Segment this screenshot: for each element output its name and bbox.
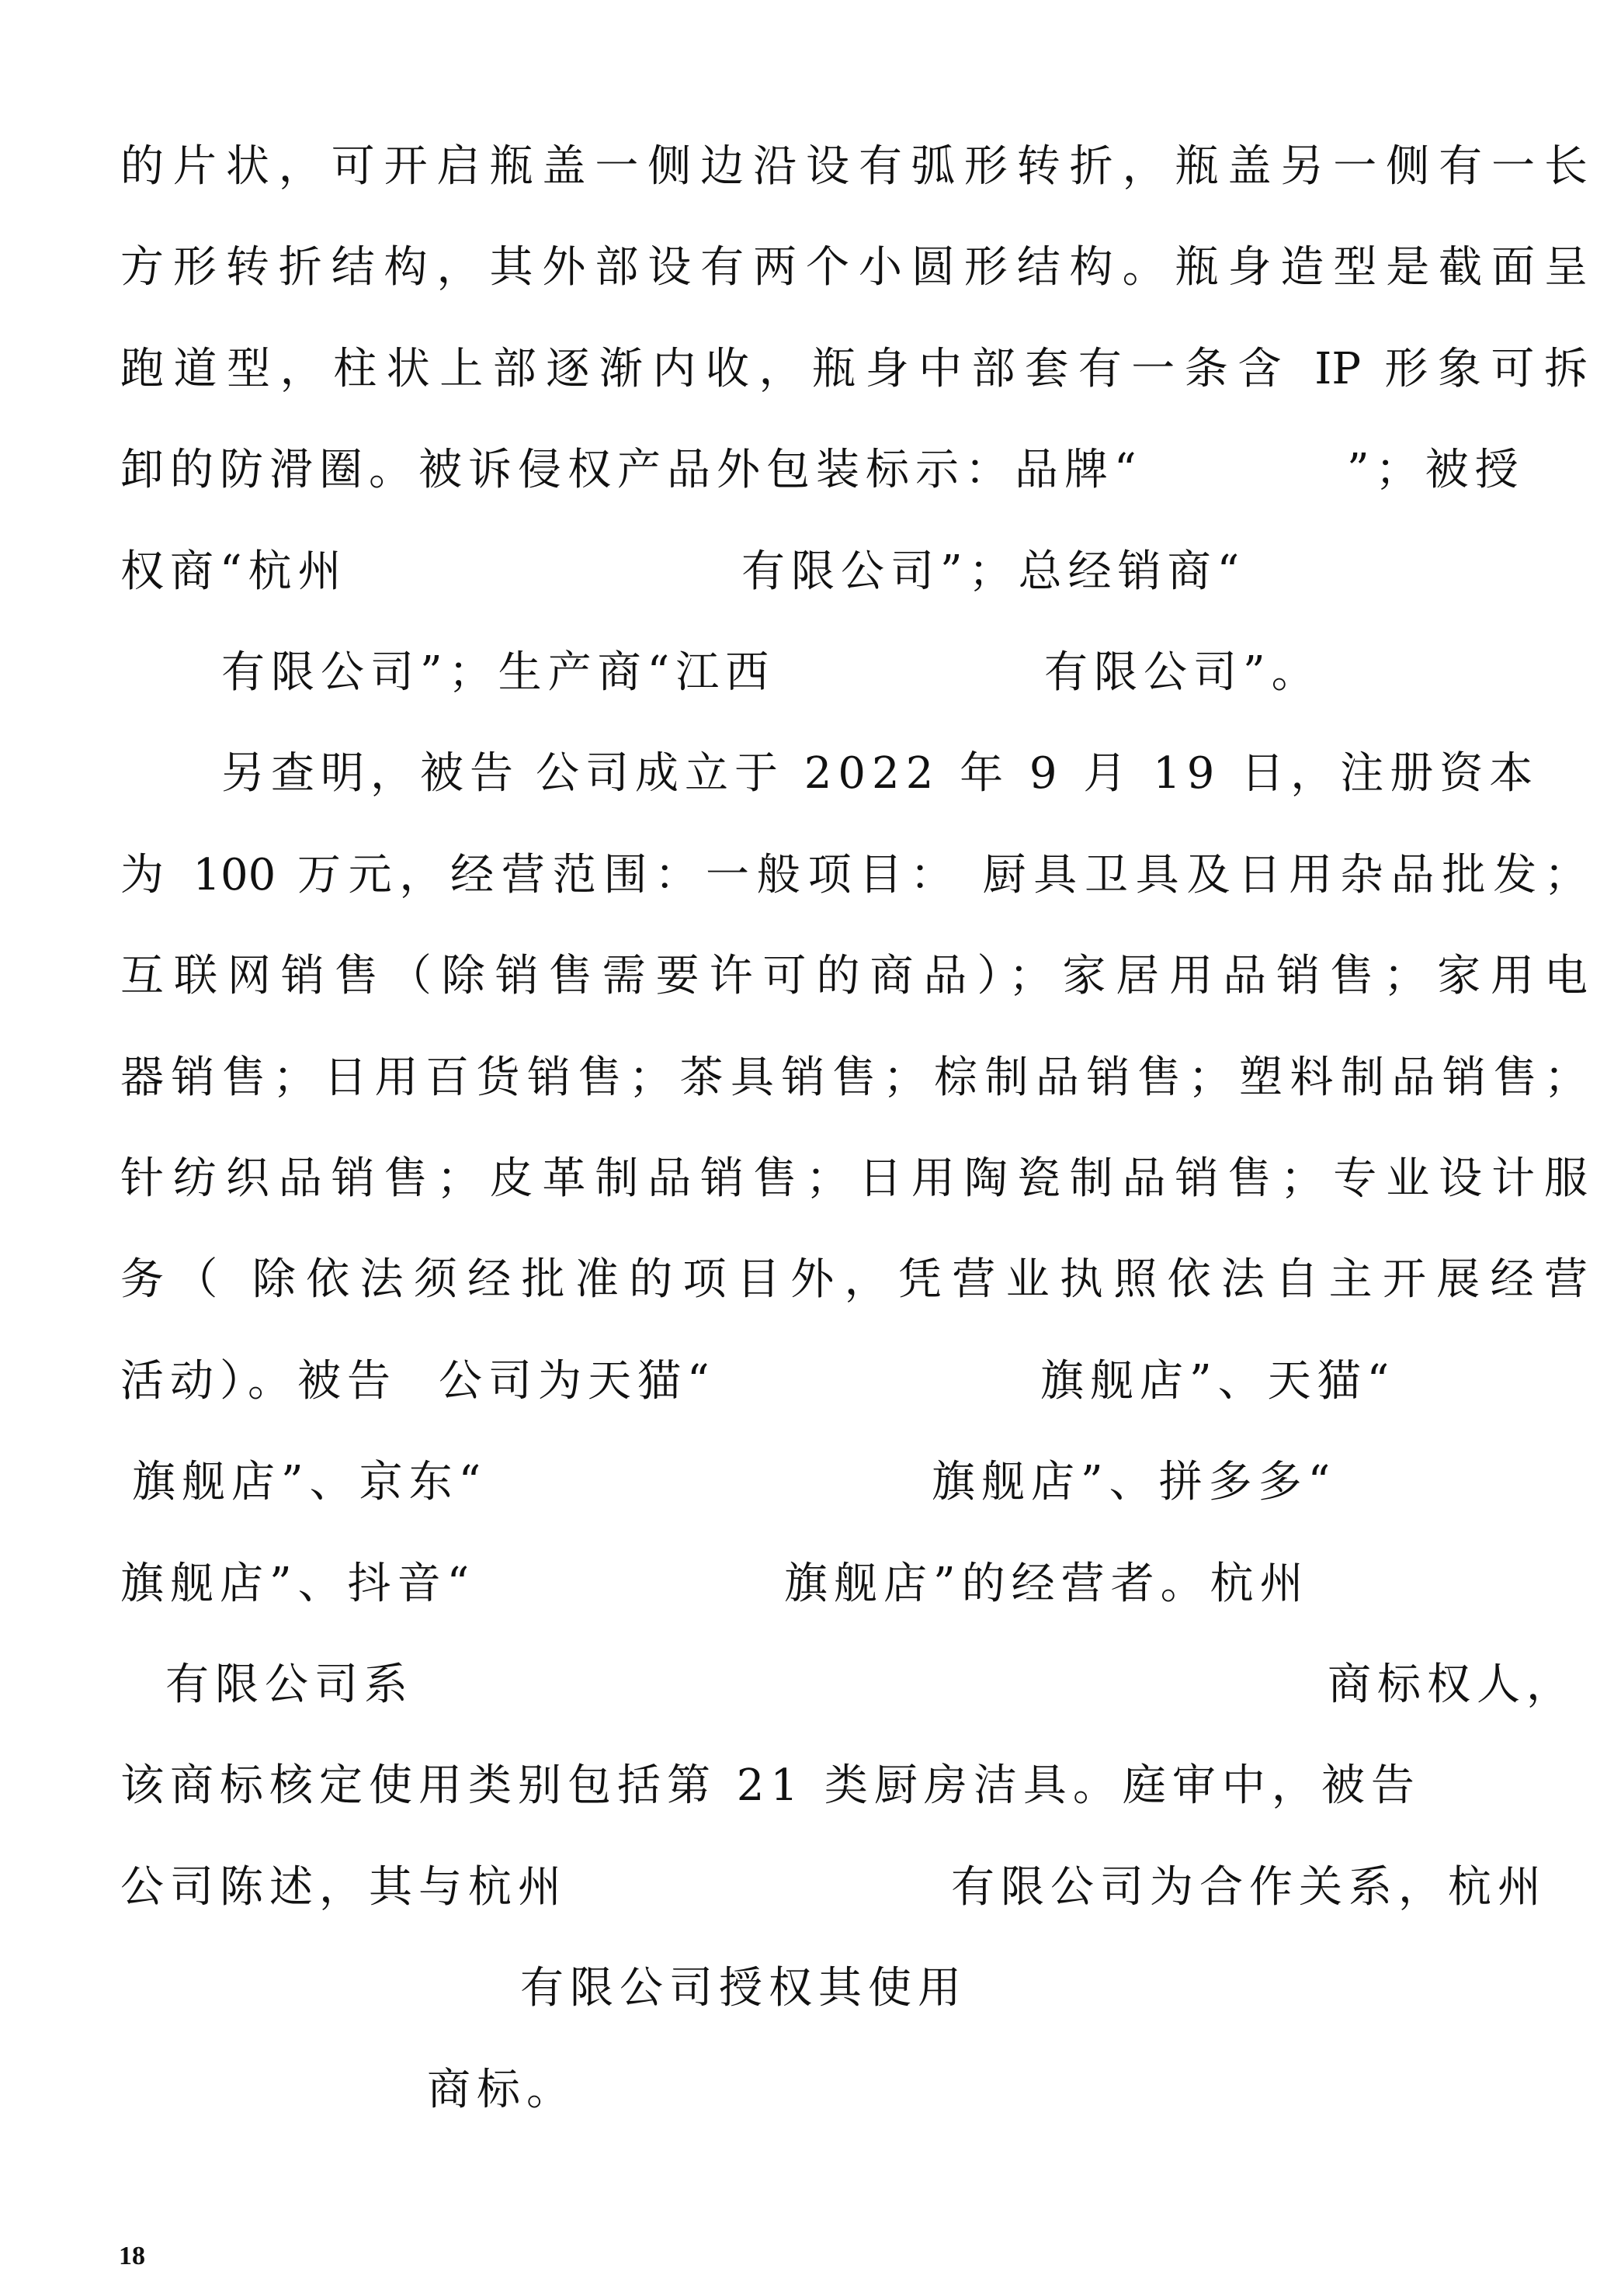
text-segment: 有限公司授权其使用 <box>520 1958 967 2020</box>
text-segment: 互联网销售（除销售需要许可的商品）；家居用品销售；家用电 <box>120 945 1588 1008</box>
text-segment: 的片状，可开启瓶盖一侧边沿设有弧形转折，瓶盖另一侧有一长 <box>120 136 1588 198</box>
text-segment: 旗舰店”、天猫“ <box>1040 1351 1395 1413</box>
text-segment: ”；被授 <box>1347 439 1525 501</box>
text-segment: 商标。 <box>427 2059 576 2121</box>
text-segment: 有限公司系 <box>165 1654 414 1716</box>
text-segment: 有限公司”；总经销商“ <box>741 541 1245 603</box>
text-segment: 权商“杭州 <box>120 541 348 603</box>
text-segment: 旗舰店”、京东“ <box>132 1451 487 1514</box>
text-segment: 旗舰店”、抖音“ <box>120 1553 475 1615</box>
text-segment: 旗舰店”的经营者。杭州 <box>784 1553 1310 1615</box>
text-segment: 器销售；日用百货销售；茶具销售；棕制品销售；塑料制品销售； <box>120 1047 1588 1109</box>
text-segment: 该商标核定使用类别包括第 21 类厨房洁具。庭审中，被告 <box>120 1755 1421 1817</box>
text-segment: 跑道型，柱状上部逐渐内收，瓶身中部套有一条含 IP 形象可拆 <box>120 338 1588 401</box>
text-segment: 有限公司为合作关系，杭州 <box>951 1857 1547 1919</box>
text-segment: 为 100 万元，经营范围：一般项目： 厨具卫具及日用杂品批发； <box>120 845 1588 907</box>
text-segment: 务（ 除依法须经批准的项目外，凭营业执照依法自主开展经营 <box>120 1249 1588 1311</box>
text-segment: 商标权人， <box>1328 1654 1576 1716</box>
text-segment: 另查明，被告 <box>221 743 519 805</box>
text-segment: 公司陈述，其与杭州 <box>120 1857 568 1919</box>
document-page: 的片状，可开启瓶盖一侧边沿设有弧形转折，瓶盖另一侧有一长方形转折结构，其外部设有… <box>0 0 1621 2296</box>
text-segment: 公司成立于 2022 年 9 月 19 日，注册资本 <box>536 743 1539 805</box>
text-segment: 针纺织品销售；皮革制品销售；日用陶瓷制品销售；专业设计服 <box>120 1148 1588 1210</box>
text-segment: 方形转折结构，其外部设有两个小圆形结构。瓶身造型是截面呈 <box>120 237 1588 299</box>
text-segment: 卸的防滑圈。被诉侵权产品外包装标示：品牌“ <box>120 439 1143 501</box>
text-segment: 旗舰店”、拼多多“ <box>932 1451 1336 1514</box>
text-segment: 活动）。被告 <box>120 1351 397 1413</box>
text-segment: 有限公司”。 <box>1044 642 1321 704</box>
text-segment: 公司为天猫“ <box>439 1351 716 1413</box>
text-segment: 有限公司”；生产商“江西 <box>221 642 775 704</box>
page-number: 18 <box>119 2242 145 2271</box>
